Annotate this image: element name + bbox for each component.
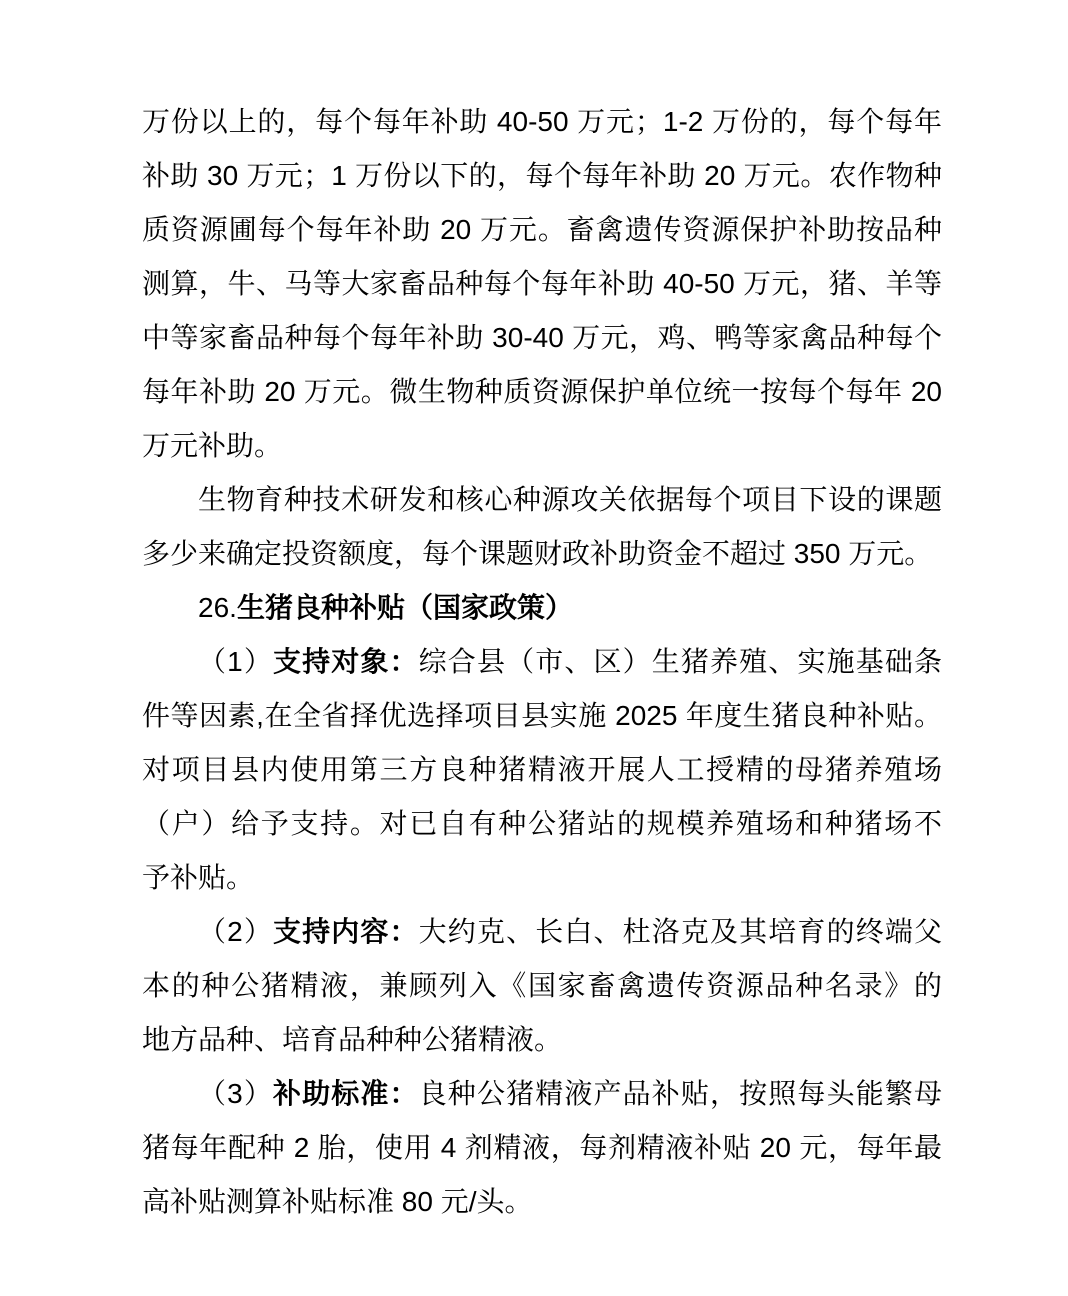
- paragraph-support-target: （1）支持对象：综合县（市、区）生猪养殖、实施基础条件等因素,在全省择优选择项目…: [142, 635, 942, 905]
- text-line: 万元补助。: [142, 419, 942, 473]
- text-segment: 测算，牛、马等大家畜品种每个每年补助 40-50 万元，猪、羊等: [142, 268, 942, 299]
- text-segment: 大约克、长白、杜洛克及其培育的终端父: [419, 916, 942, 947]
- text-segment: （户）给予支持。对已自有种公猪站的规模养殖场和种猪场不: [142, 808, 942, 839]
- text-line: 件等因素,在全省择优选择项目县实施 2025 年度生猪良种补贴。: [142, 689, 942, 743]
- text-segment: 猪每年配种 2 胎，使用 4 剂精液，每剂精液补贴 20 元，每年最: [142, 1132, 942, 1163]
- text-line: 生物育种技术研发和核心种源攻关依据每个项目下设的课题: [142, 473, 942, 527]
- paragraph-germplasm-resource-subsidy: 万份以上的，每个每年补助 40-50 万元；1-2 万份的，每个每年补助 30 …: [142, 95, 942, 473]
- text-line: （2）支持内容：大约克、长白、杜洛克及其培育的终端父: [142, 905, 942, 959]
- text-line: 中等家畜品种每个每年补助 30-40 万元，鸡、鸭等家禽品种每个: [142, 311, 942, 365]
- text-line: 26.生猪良种补贴（国家政策）: [142, 581, 942, 635]
- bold-text-segment: 支持对象：: [273, 646, 419, 677]
- text-segment: 中等家畜品种每个每年补助 30-40 万元，鸡、鸭等家禽品种每个: [142, 322, 942, 353]
- text-line: 猪每年配种 2 胎，使用 4 剂精液，每剂精液补贴 20 元，每年最: [142, 1121, 942, 1175]
- text-segment: 万元补助。: [142, 430, 282, 461]
- text-line: 地方品种、培育品种种公猪精液。: [142, 1013, 942, 1067]
- text-segment: 予补贴。: [142, 862, 254, 893]
- text-segment: 质资源圃每个每年补助 20 万元。畜禽遗传资源保护补助按品种: [142, 214, 942, 245]
- text-segment: 对项目县内使用第三方良种猪精液开展人工授精的母猪养殖场: [142, 754, 942, 785]
- paragraph-bio-breeding-research: 生物育种技术研发和核心种源攻关依据每个项目下设的课题多少来确定投资额度，每个课题…: [142, 473, 942, 581]
- text-line: （3）补助标准：良种公猪精液产品补贴，按照每头能繁母: [142, 1067, 942, 1121]
- text-line: （1）支持对象：综合县（市、区）生猪养殖、实施基础条: [142, 635, 942, 689]
- text-line: 每年补助 20 万元。微生物种质资源保护单位统一按每个每年 20: [142, 365, 942, 419]
- text-line: 高补贴测算补贴标准 80 元/头。: [142, 1175, 942, 1229]
- document-page: 万份以上的，每个每年补助 40-50 万元；1-2 万份的，每个每年补助 30 …: [0, 0, 1068, 1296]
- paragraph-support-content: （2）支持内容：大约克、长白、杜洛克及其培育的终端父本的种公猪精液，兼顾列入《国…: [142, 905, 942, 1067]
- text-line: 万份以上的，每个每年补助 40-50 万元；1-2 万份的，每个每年: [142, 95, 942, 149]
- text-line: 对项目县内使用第三方良种猪精液开展人工授精的母猪养殖场: [142, 743, 942, 797]
- text-segment: （1）: [198, 646, 273, 677]
- text-segment: 多少来确定投资额度，每个课题财政补助资金不超过 350 万元。: [142, 538, 932, 569]
- text-line: 质资源圃每个每年补助 20 万元。畜禽遗传资源保护补助按品种: [142, 203, 942, 257]
- text-line: 测算，牛、马等大家畜品种每个每年补助 40-50 万元，猪、羊等: [142, 257, 942, 311]
- text-line: 本的种公猪精液，兼顾列入《国家畜禽遗传资源品种名录》的: [142, 959, 942, 1013]
- bold-text-segment: 生猪良种补贴（国家政策）: [237, 592, 573, 623]
- text-segment: 高补贴测算补贴标准 80 元/头。: [142, 1186, 532, 1217]
- heading-item-26-pig-breed-subsidy: 26.生猪良种补贴（国家政策）: [142, 581, 942, 635]
- text-line: （户）给予支持。对已自有种公猪站的规模养殖场和种猪场不: [142, 797, 942, 851]
- text-line: 予补贴。: [142, 851, 942, 905]
- bold-text-segment: 补助标准：: [273, 1078, 419, 1109]
- text-segment: 每年补助 20 万元。微生物种质资源保护单位统一按每个每年 20: [142, 376, 942, 407]
- text-line: 补助 30 万元；1 万份以下的，每个每年补助 20 万元。农作物种: [142, 149, 942, 203]
- text-segment: （3）: [198, 1078, 273, 1109]
- text-segment: 地方品种、培育品种种公猪精液。: [142, 1024, 562, 1055]
- text-segment: 生物育种技术研发和核心种源攻关依据每个项目下设的课题: [198, 484, 942, 515]
- text-segment: （2）: [198, 916, 273, 947]
- paragraph-subsidy-standard: （3）补助标准：良种公猪精液产品补贴，按照每头能繁母猪每年配种 2 胎，使用 4…: [142, 1067, 942, 1229]
- text-segment: 件等因素,在全省择优选择项目县实施 2025 年度生猪良种补贴。: [142, 700, 942, 731]
- text-segment: 26.: [198, 592, 237, 623]
- text-segment: 本的种公猪精液，兼顾列入《国家畜禽遗传资源品种名录》的: [142, 970, 942, 1001]
- text-segment: 良种公猪精液产品补贴，按照每头能繁母: [419, 1078, 942, 1109]
- text-segment: 万份以上的，每个每年补助 40-50 万元；1-2 万份的，每个每年: [142, 106, 942, 137]
- text-segment: 综合县（市、区）生猪养殖、实施基础条: [419, 646, 942, 677]
- text-segment: 补助 30 万元；1 万份以下的，每个每年补助 20 万元。农作物种: [142, 160, 942, 191]
- text-line: 多少来确定投资额度，每个课题财政补助资金不超过 350 万元。: [142, 527, 942, 581]
- bold-text-segment: 支持内容：: [273, 916, 419, 947]
